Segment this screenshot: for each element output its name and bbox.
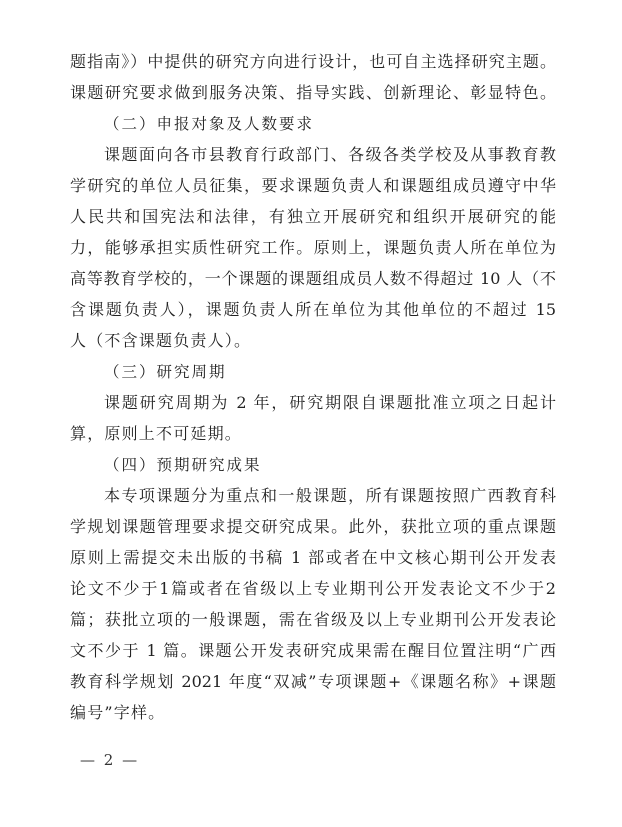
body-line: 学规划课题管理要求提交研究成果。此外，获批立项的重点课题	[70, 515, 556, 539]
body-line: 教育科学规划 2021 年度“双减”专项课题+《课题名称》+课题	[70, 670, 556, 694]
document-page: 题指南》）中提供的研究方向进行设计，也可自主选择研究主题。 课题研究要求做到服务…	[0, 0, 622, 827]
body-line: 学研究的单位人员征集，要求课题负责人和课题组成员遵守中华	[70, 174, 556, 198]
paragraph-first-line: 课题面向各市县教育行政部门、各级各类学校及从事教育教	[104, 143, 556, 167]
body-line: 力，能够承担实质性研究工作。原则上，课题负责人所在单位为	[70, 236, 556, 260]
body-line: 题指南》）中提供的研究方向进行设计，也可自主选择研究主题。	[70, 50, 556, 74]
section-heading: （三）研究周期	[104, 360, 227, 384]
section-heading: （四）预期研究成果	[104, 453, 262, 477]
body-line: 含课题负责人），课题负责人所在单位为其他单位的不超过 15	[70, 298, 556, 322]
page-number: — 2 —	[80, 751, 139, 769]
body-line: 课题研究要求做到服务决策、指导实践、创新理论、彰显特色。	[70, 81, 556, 105]
paragraph-last-line: 算，原则上不可延期。	[70, 422, 556, 446]
section-heading: （二）申报对象及人数要求	[104, 112, 314, 136]
body-line: 高等教育学校的，一个课题的课题组成员人数不得超过 10 人（不	[70, 267, 556, 291]
paragraph-first-line: 本专项课题分为重点和一般课题，所有课题按照广西教育科	[104, 484, 556, 508]
paragraph-first-line: 课题研究周期为 2 年，研究期限自课题批准立项之日起计	[104, 391, 556, 415]
body-line: 篇；获批立项的一般课题，需在省级及以上专业期刊公开发表论	[70, 608, 556, 632]
paragraph-last-line: 人（不含课题负责人）。	[70, 329, 556, 353]
body-line: 原则上需提交未出版的书稿 1 部或者在中文核心期刊公开发表	[70, 546, 556, 570]
body-line: 文不少于 1 篇。课题公开发表研究成果需在醒目位置注明“广西	[70, 639, 556, 663]
body-line: 论文不少于1篇或者在省级以上专业期刊公开发表论文不少于2	[70, 577, 556, 601]
body-line: 人民共和国宪法和法律，有独立开展研究和组织开展研究的能	[70, 205, 556, 229]
paragraph-last-line: 编号”字样。	[70, 701, 556, 725]
